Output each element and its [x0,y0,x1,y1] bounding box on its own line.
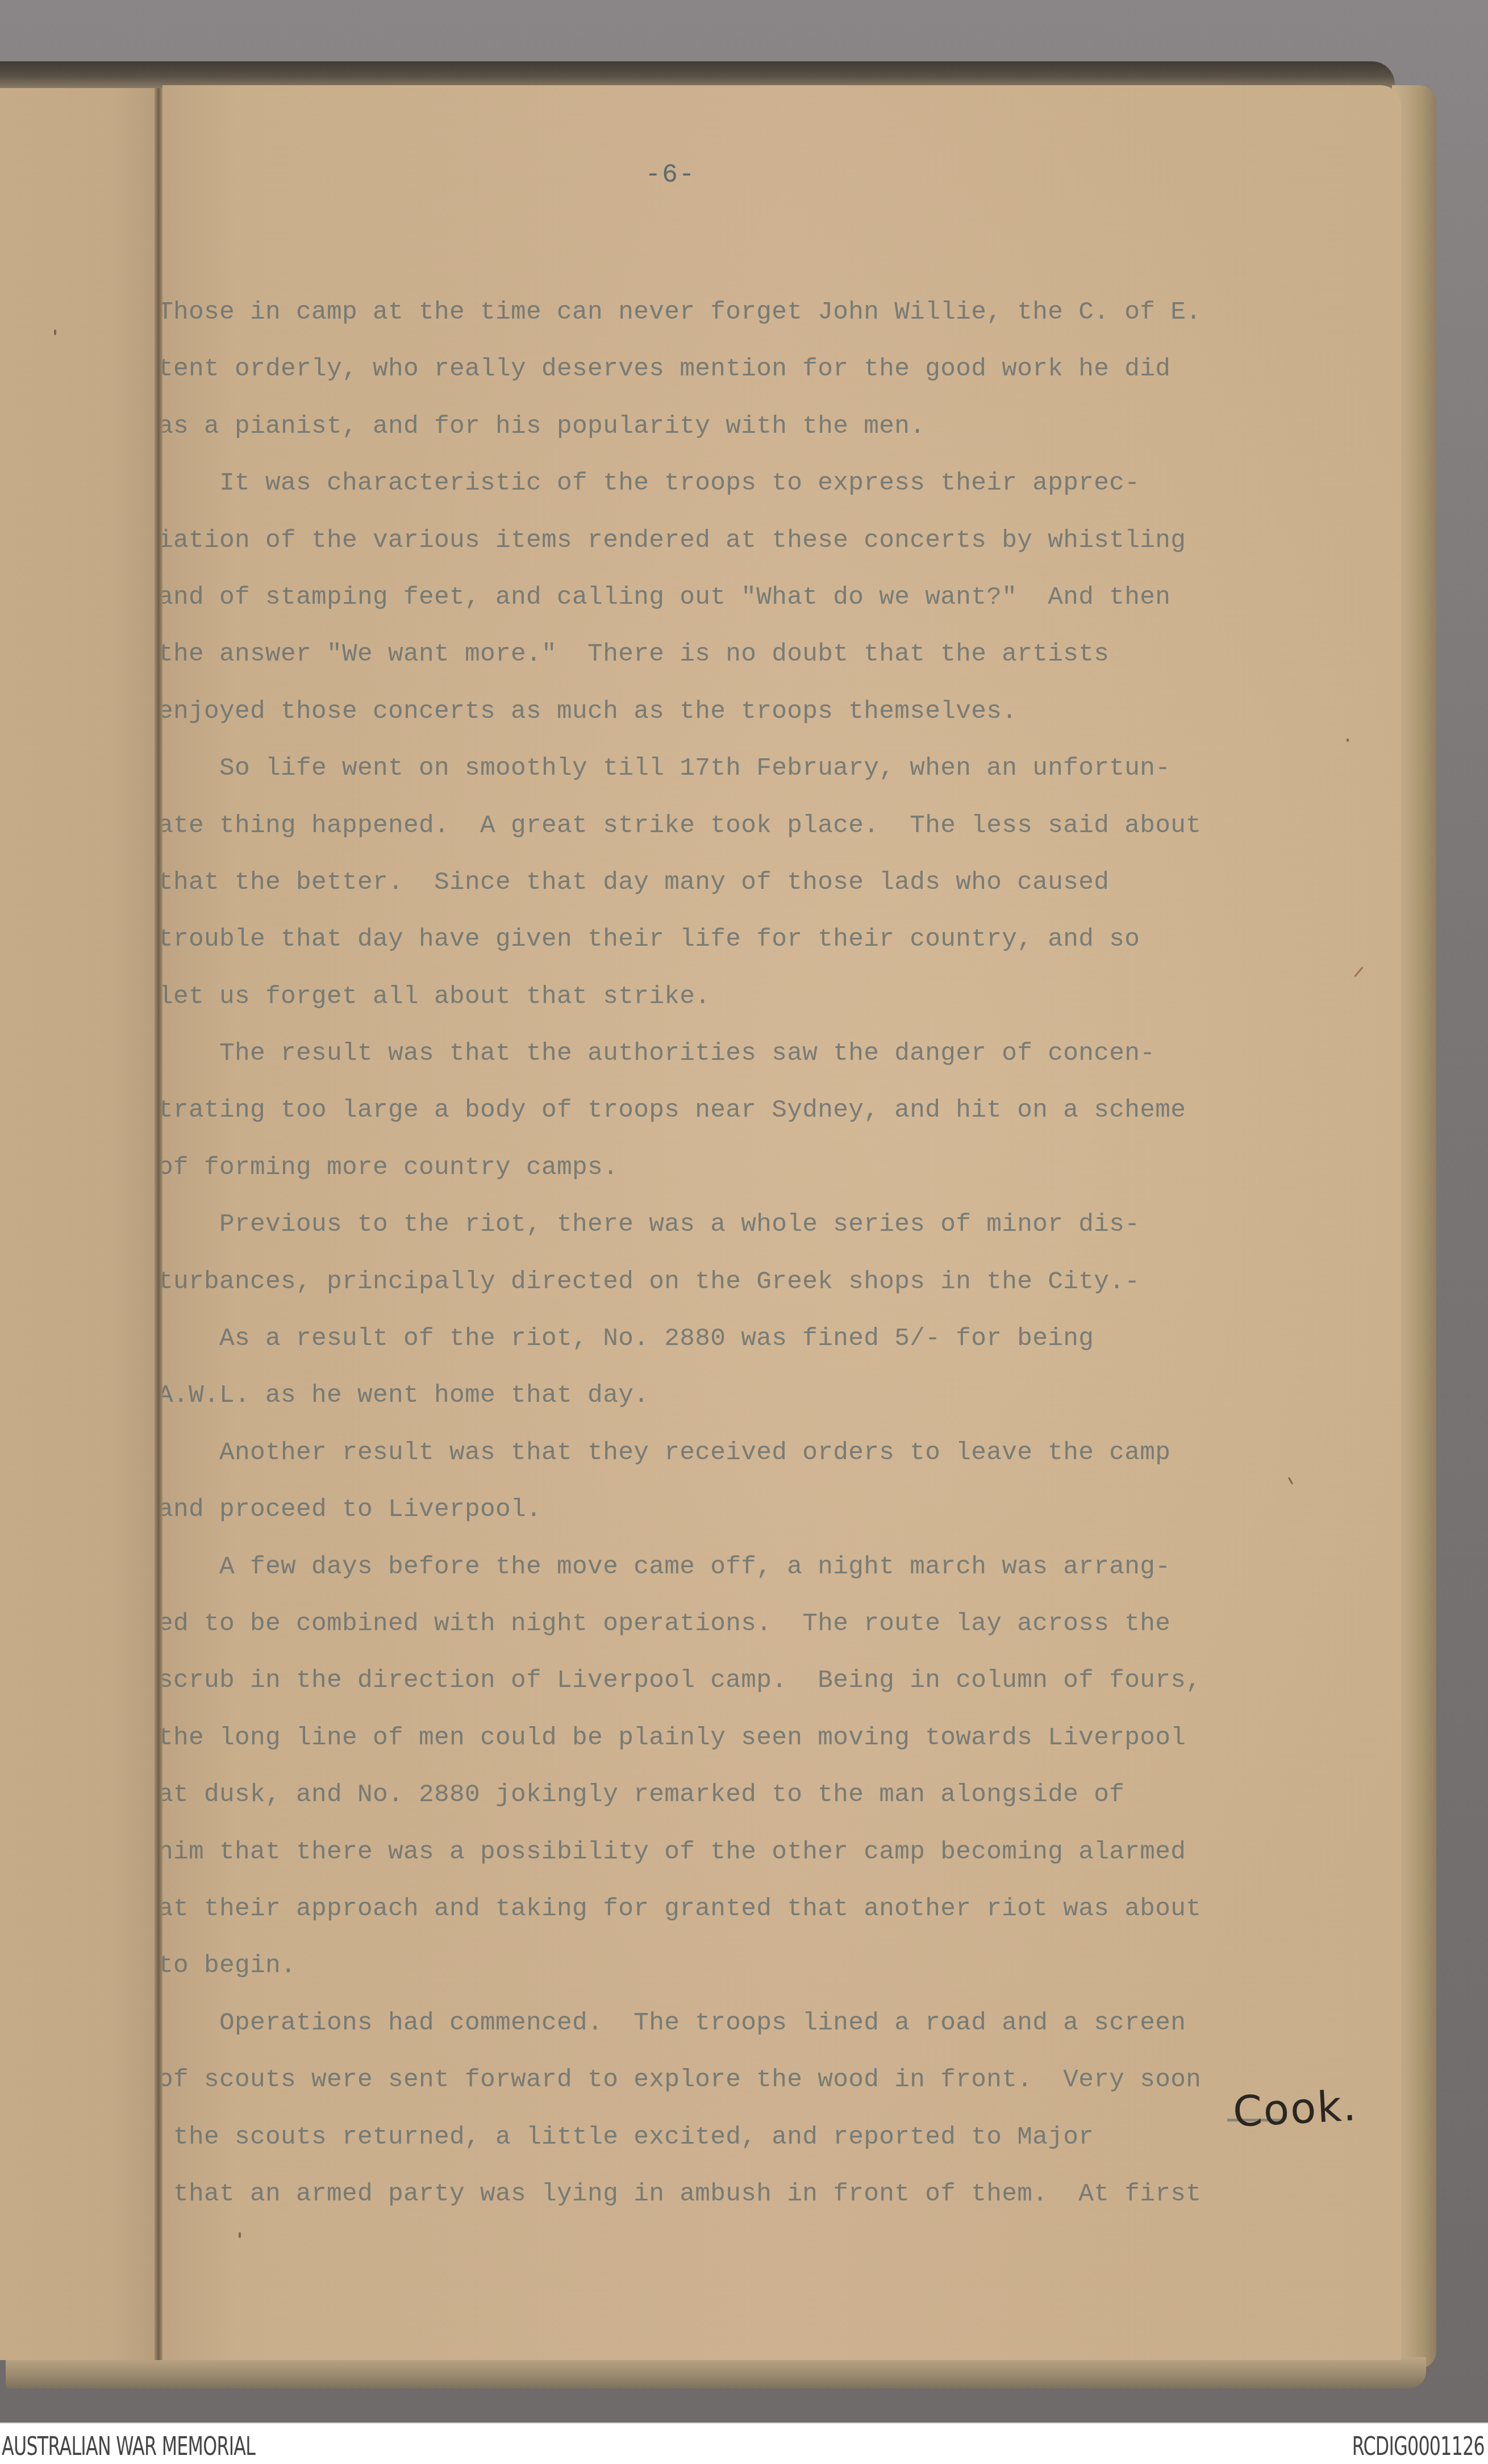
text-line: the long line of men could be plainly se… [162,1710,1401,1766]
text-line: trating too large a body of troops near … [162,1082,1401,1139]
text-line: and proceed to Liverpool. [162,1481,1401,1538]
text-line: Operations had commenced. The troops lin… [162,1995,1401,2052]
text-line: at their approach and taking for granted… [162,1881,1401,1937]
paper-speck [239,2232,241,2238]
page-block-bottom-edge [6,2357,1426,2388]
book-gutter [155,88,162,2360]
text-line: scrub in the direction of Liverpool camp… [162,1652,1401,1709]
text-line: let us forget all about that strike. [162,968,1401,1025]
text-line: Previous to the riot, there was a whole … [162,1196,1401,1253]
text-line: the answer "We want more." There is no d… [162,626,1401,683]
text-line: of forming more country camps. [162,1139,1401,1196]
text-line: So life went on smoothly till 17th Febru… [162,740,1401,797]
text-line: ate thing happened. A great strike took … [162,797,1401,854]
footer-record-id: RCDIG0001126 [1352,2432,1485,2461]
text-line: to begin. [162,1937,1401,1994]
text-line: trouble that day have given their life f… [162,911,1401,968]
text-line: the scouts returned, a little excited, a… [162,2109,1401,2166]
footer-institution: AUSTRALIAN WAR MEMORIAL [2,2432,255,2461]
text-line: tent orderly, who really deserves mentio… [162,341,1401,398]
text-line: iation of the various items rendered at … [162,512,1401,569]
text-line: Those in camp at the time can never forg… [162,284,1401,341]
left-page [0,88,159,2360]
text-line: him that there was a possibility of the … [162,1824,1401,1881]
text-line: turbances, principally directed on the G… [162,1254,1401,1310]
text-line: as a pianist, and for his popularity wit… [162,398,1401,455]
text-line: A few days before the move came off, a n… [162,1539,1401,1596]
paper-speck [1347,738,1349,742]
text-line: that the better. Since that day many of … [162,854,1401,911]
page-number: -6- [642,160,699,190]
text-line: As a result of the riot, No. 2880 was fi… [162,1310,1401,1367]
text-line: of scouts were sent forward to explore t… [162,2052,1401,2108]
text-line: and of stamping feet, and calling out "W… [162,569,1401,626]
paper-speck [54,329,56,335]
text-line: that an armed party was lying in ambush … [162,2166,1401,2223]
typed-text-body: Those in camp at the time can never forg… [162,284,1401,2223]
text-line: enjoyed those concerts as much as the tr… [162,683,1401,740]
text-line: It was characteristic of the troops to e… [162,455,1401,512]
text-line: ed to be combined with night operations.… [162,1596,1401,1652]
text-line: The result was that the authorities saw … [162,1025,1401,1082]
handwritten-annotation: Cook. [1232,2081,1358,2136]
text-line: at dusk, and No. 2880 jokingly remarked … [162,1766,1401,1823]
text-line: A.W.L. as he went home that day. [162,1367,1401,1424]
text-line: Another result was that they received or… [162,1425,1401,1481]
